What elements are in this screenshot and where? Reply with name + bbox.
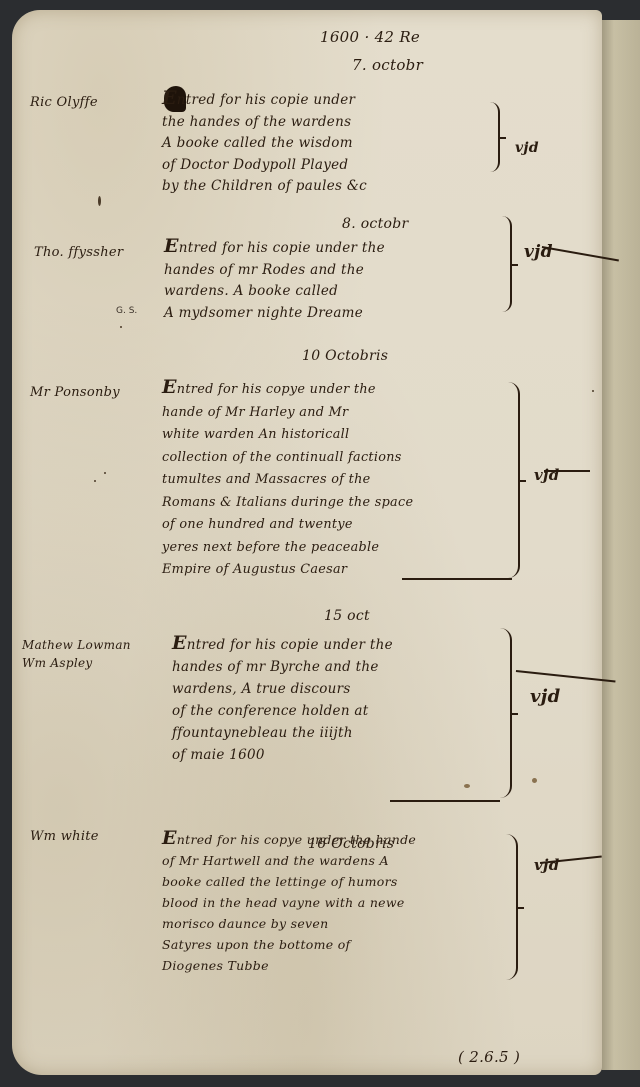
year-header: 1600 · 42 Re xyxy=(320,28,420,46)
ink-mark xyxy=(120,326,122,328)
date-heading-4: 15 oct xyxy=(324,608,370,624)
folio-total: ( 2.6.5 ) xyxy=(458,1048,520,1066)
entry-5-line: morisco daunce by seven xyxy=(162,913,416,934)
entry-4-close-stroke xyxy=(390,800,500,802)
entry-1-bracket xyxy=(490,102,500,172)
entry-4-line: ffountaynebleau the iiijth xyxy=(172,722,393,744)
entry-1-line: by the Children of paules &c xyxy=(162,176,367,198)
margin-name-4: Mathew Lowman Wm Aspley xyxy=(22,636,131,672)
margin-name-5: Wm white xyxy=(30,828,99,846)
ink-mark xyxy=(98,196,101,206)
adjacent-page-edge xyxy=(600,20,640,1070)
entry-5-text: Entred for his copye under the hande of … xyxy=(162,828,416,976)
entry-5-line: Satyres upon the bottome of xyxy=(162,934,416,955)
entry-4-fee: vjd xyxy=(530,686,560,707)
entry-5-line: booke called the lettinge of humors xyxy=(162,871,416,892)
entry-1-line: the handes of the wardens xyxy=(162,112,367,134)
ink-mark xyxy=(94,480,96,482)
entry-3-line: of one hundred and twentye xyxy=(162,514,413,537)
entry-4-line: handes of mr Byrche and the xyxy=(172,656,393,678)
entry-4-text: Entred for his copie under the handes of… xyxy=(172,632,393,766)
entry-4-line: Entred for his copie under the xyxy=(172,632,393,656)
fee-flourish xyxy=(544,470,590,472)
entry-3-bracket xyxy=(508,382,520,578)
stain xyxy=(464,784,470,788)
stain xyxy=(532,778,537,783)
entry-4-line: of the conference holden at xyxy=(172,700,393,722)
entry-1-fee: vjd xyxy=(515,140,539,156)
margin-name-1: Ric Olyffe xyxy=(30,94,98,112)
entry-2-line: handes of mr Rodes and the xyxy=(164,260,385,282)
date-heading-1: 7. octobr xyxy=(352,56,423,74)
entry-5-bracket xyxy=(506,834,518,980)
entry-3-fee: vjd xyxy=(534,466,560,484)
entry-2-fee: vjd xyxy=(524,242,553,262)
entry-5-line: blood in the head vayne with a newe xyxy=(162,892,416,913)
entry-2-bracket xyxy=(502,216,512,312)
entry-3-line: tumultes and Massacres of the xyxy=(162,469,413,492)
entry-3-line: Entred for his copye under the xyxy=(162,376,413,402)
entry-5-line: Entred for his copye under the hande xyxy=(162,828,416,850)
manuscript-page: 1600 · 42 Re 7. octobr Ric Olyffe Entred… xyxy=(12,10,602,1075)
entry-5-line: Diogenes Tubbe xyxy=(162,955,416,976)
entry-2-line: wardens. A booke called xyxy=(164,281,385,303)
fee-flourish xyxy=(516,670,616,682)
entry-2-text: Entred for his copie under the handes of… xyxy=(164,236,385,324)
entry-5-fee: vjd xyxy=(534,856,560,874)
entry-3-line: white warden An historicall xyxy=(162,424,413,447)
entry-4-line: of maie 1600 xyxy=(172,744,393,766)
entry-4-line: wardens, A true discours xyxy=(172,678,393,700)
entry-4-bracket xyxy=(500,628,512,798)
entry-2-line: Entred for his copie under the xyxy=(164,236,385,260)
entry-3-line: collection of the continuall factions xyxy=(162,447,413,470)
entry-2-line: A mydsomer nighte Dreame xyxy=(164,303,385,325)
entry-3-line: Romans & Italians duringe the space xyxy=(162,492,413,515)
entry-3-line: hande of Mr Harley and Mr xyxy=(162,402,413,425)
entry-1-line: of Doctor Dodypoll Played xyxy=(162,155,367,177)
margin-name-2: Tho. ffyssher xyxy=(34,244,123,262)
margin-name-3: Mr Ponsonby xyxy=(30,384,120,402)
margin-initials: G. S. xyxy=(116,306,137,316)
entry-1-line: Entred for his copie under xyxy=(162,88,367,112)
ink-mark xyxy=(592,390,594,392)
entry-3-text: Entred for his copye under the hande of … xyxy=(162,376,413,582)
ink-mark xyxy=(104,472,106,474)
entry-1-line: A booke called the wisdom xyxy=(162,133,367,155)
entry-3-line: yeres next before the peaceable xyxy=(162,537,413,560)
entry-5-line: of Mr Hartwell and the wardens A xyxy=(162,850,416,871)
entry-3-line: Empire of Augustus Caesar xyxy=(162,559,413,582)
entry-1-text: Entred for his copie under the handes of… xyxy=(162,88,367,198)
date-heading-2: 8. octobr xyxy=(342,216,409,232)
date-heading-3: 10 Octobris xyxy=(302,348,388,364)
entry-3-close-stroke xyxy=(402,578,512,580)
